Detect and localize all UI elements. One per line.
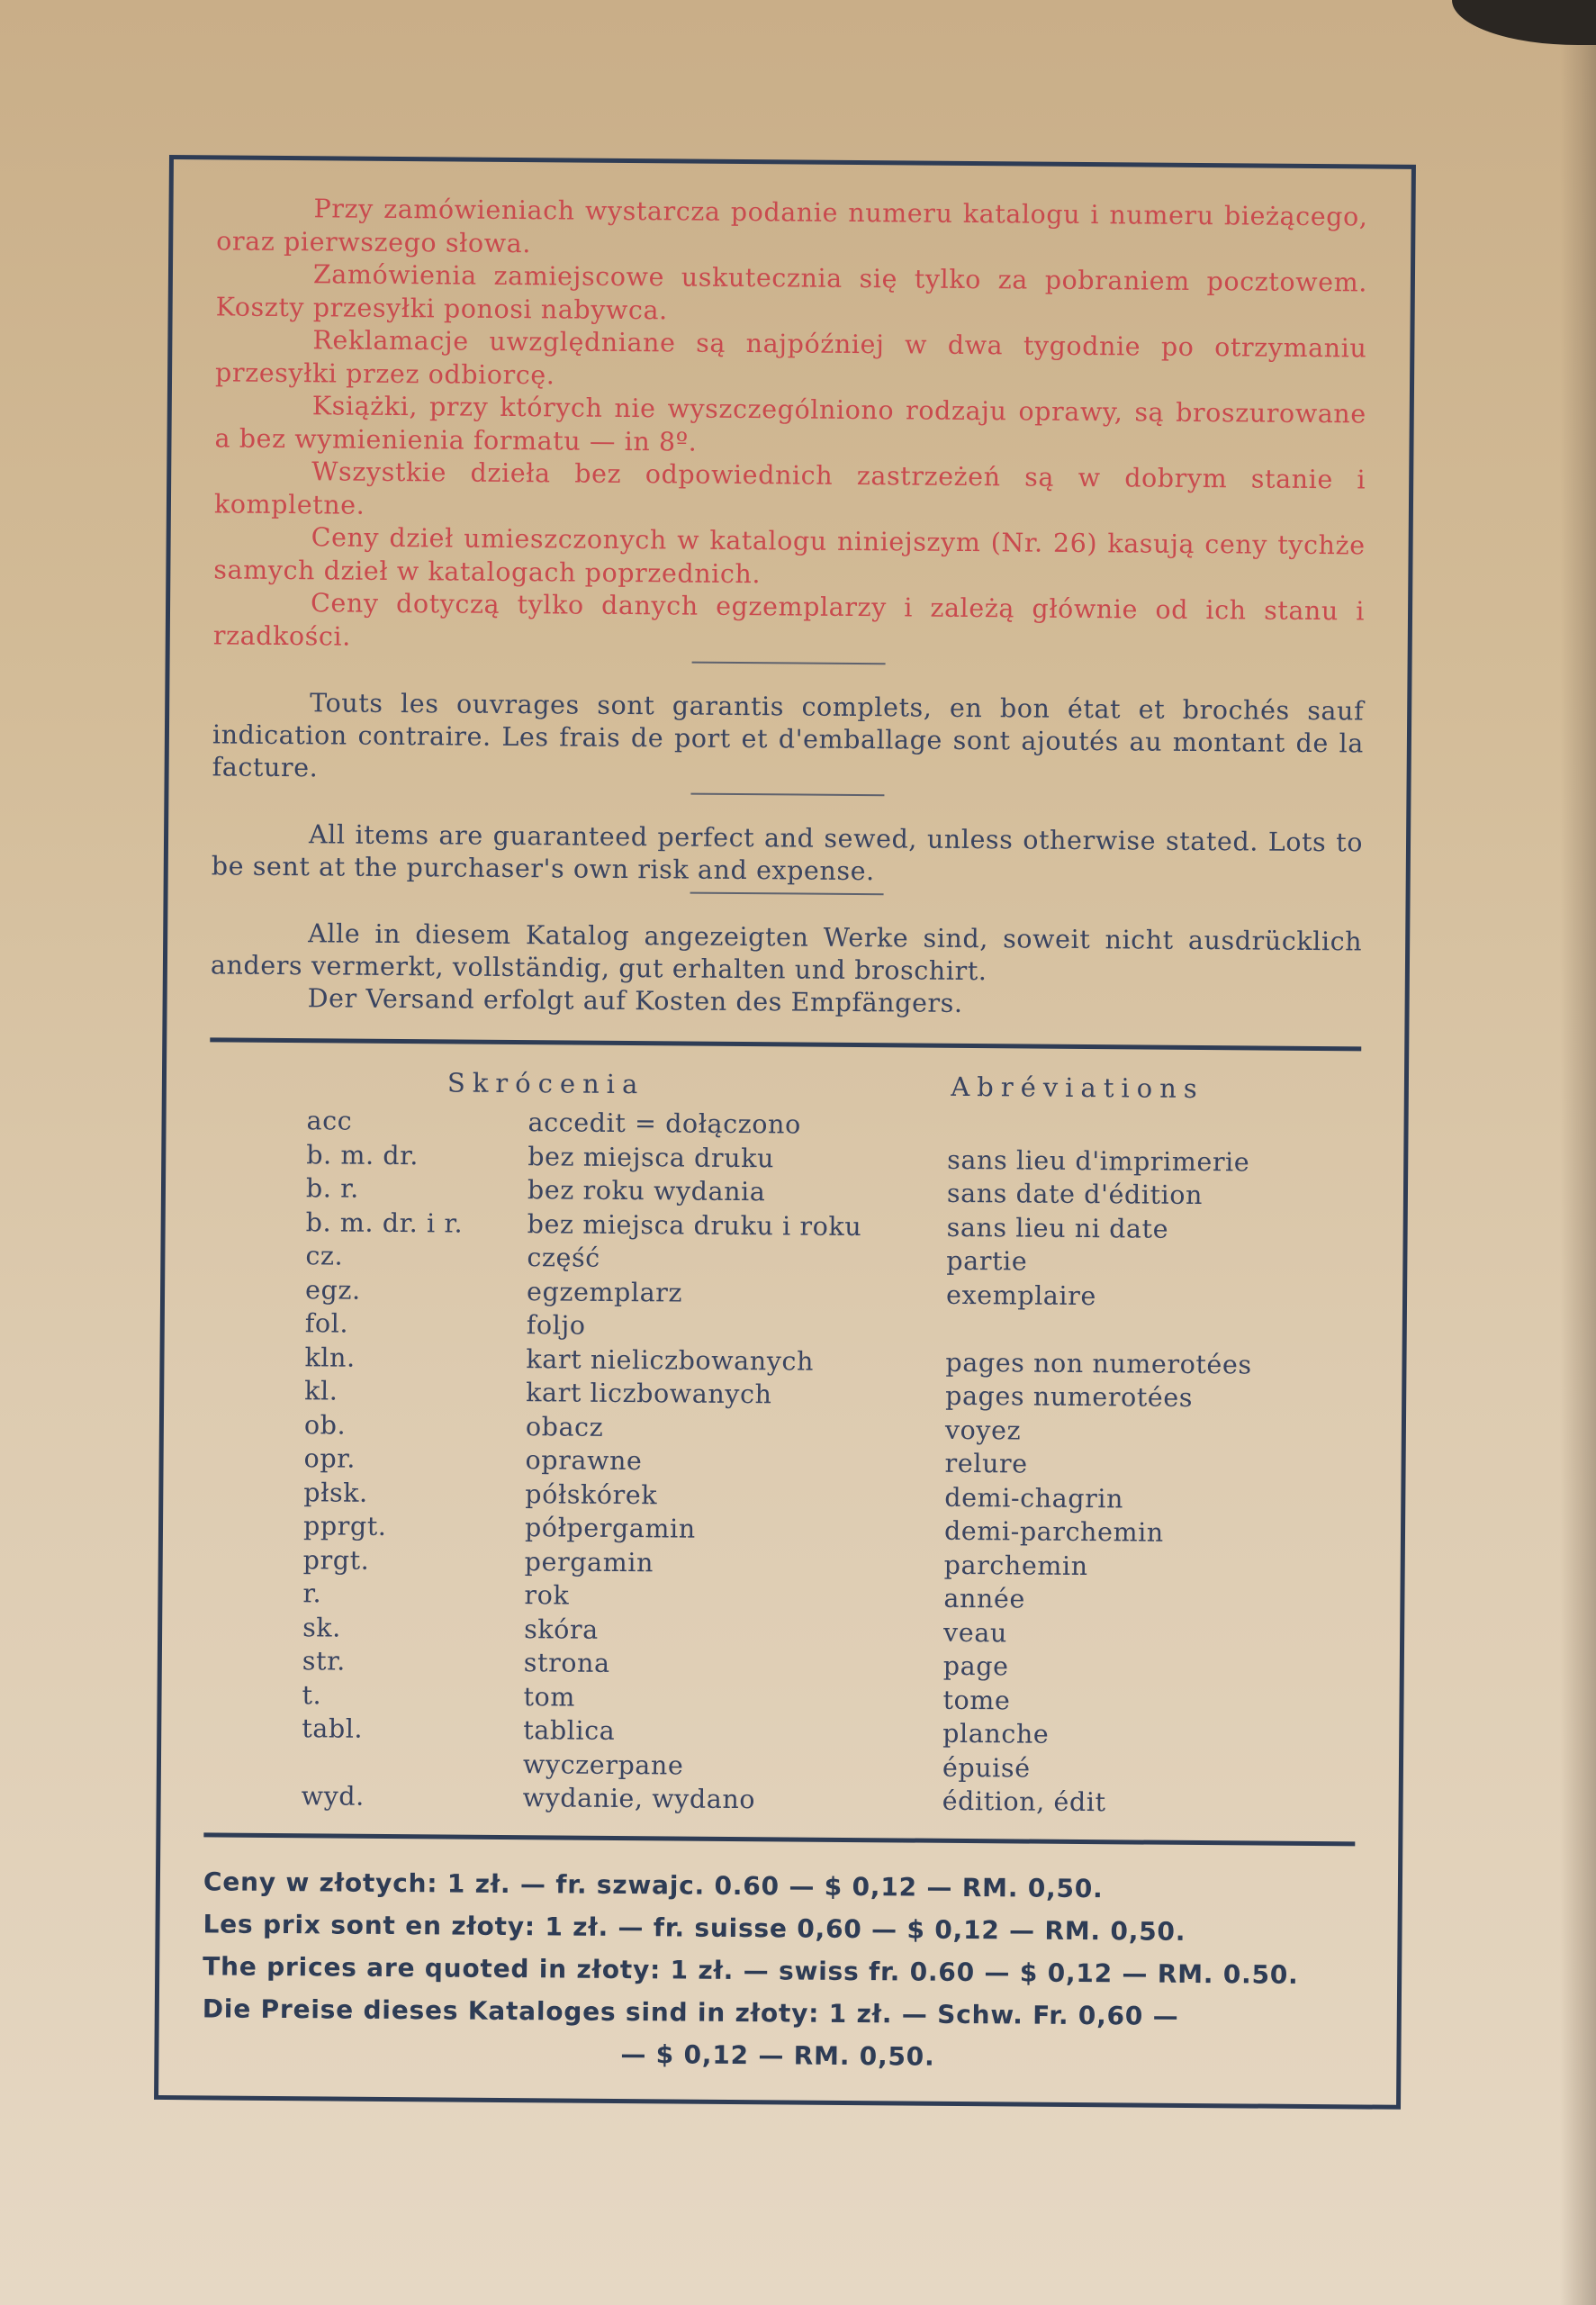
polish-meaning: obacz <box>526 1410 945 1447</box>
french-meaning: planche <box>942 1717 1356 1754</box>
polish-meaning: bez roku wydania <box>527 1173 947 1210</box>
french-terms-text: Touts les ouvrages sont garantis complet… <box>212 686 1365 792</box>
polish-meaning: accedit = dołączono <box>527 1106 947 1143</box>
polish-meaning: półpergamin <box>525 1511 944 1548</box>
polish-meaning: tom <box>523 1680 942 1717</box>
polish-term-complaints: Reklamacje uwzględniane są najpóźniej w … <box>215 323 1367 398</box>
polish-meaning: część <box>527 1241 946 1278</box>
frame-content: Przy zamówieniach wystarcza podanie nume… <box>202 192 1367 2080</box>
polish-meaning: skóra <box>524 1613 943 1650</box>
abbreviation: opr. <box>303 1442 525 1477</box>
abbreviation: t. <box>302 1678 523 1713</box>
polish-term-price-rarity: Ceny dotyczą tylko danych egzemplarzy i … <box>213 586 1366 661</box>
polish-meaning: wyczerpane <box>523 1748 942 1785</box>
polish-meaning: półskórek <box>525 1478 944 1514</box>
abbreviation-row: wyd.wydanie, wydanoédition, édit <box>302 1779 1356 1821</box>
polish-meaning: kart liczbowanych <box>526 1376 945 1413</box>
heavy-divider <box>210 1037 1361 1051</box>
page-frame: Przy zamówieniach wystarcza podanie nume… <box>154 155 1416 2110</box>
polish-terms-section: Przy zamówieniach wystarcza podanie nume… <box>213 192 1368 661</box>
abbreviation: acc <box>306 1104 527 1139</box>
abbreviation: pprgt. <box>303 1509 525 1544</box>
page-edge-shadow <box>1560 0 1596 2305</box>
french-meaning: veau <box>943 1615 1357 1652</box>
abbreviation: kln. <box>304 1341 526 1376</box>
book-cover-corner <box>1452 0 1596 45</box>
french-meaning: épuisé <box>942 1750 1356 1787</box>
section-divider <box>690 892 884 896</box>
abbreviation: wyd. <box>302 1779 523 1814</box>
polish-meaning: strona <box>524 1646 943 1683</box>
abbreviations-header: Skrócenia Abréviations <box>210 1065 1361 1105</box>
french-meaning: relure <box>944 1447 1357 1484</box>
abbreviation: r. <box>302 1577 524 1612</box>
abbreviation: prgt. <box>303 1543 525 1578</box>
french-meaning <box>947 1109 1360 1146</box>
polish-meaning: wydanie, wydano <box>523 1781 942 1818</box>
abbreviation: płsk. <box>303 1476 525 1511</box>
polish-term-ordering: Przy zamówieniach wystarcza podanie nume… <box>216 192 1368 267</box>
price-line-german: Die Preise dieses Kataloges sind in złot… <box>203 1987 1354 2038</box>
abbreviation: kl. <box>304 1374 526 1409</box>
polish-meaning: rok <box>524 1578 943 1615</box>
price-line-german-continued: — $ 0,12 — RM. 0,50. <box>202 2029 1353 2081</box>
french-meaning: année <box>943 1582 1357 1619</box>
abbreviation: sk. <box>302 1611 524 1646</box>
french-meaning: page <box>943 1650 1357 1686</box>
french-meaning: sans lieu d'imprimerie <box>947 1143 1360 1180</box>
polish-meaning: foljo <box>527 1308 946 1345</box>
prices-section: Ceny w złotych: 1 zł. — fr. szwajc. 0.60… <box>202 1860 1355 2081</box>
polish-meaning: tablica <box>523 1713 942 1750</box>
french-meaning: exemplaire <box>946 1278 1359 1315</box>
french-meaning: édition, édit <box>942 1785 1356 1821</box>
abbreviation: ob. <box>304 1408 526 1443</box>
abbreviation: b. r. <box>306 1171 527 1207</box>
heavy-divider <box>203 1832 1355 1846</box>
polish-meaning: bez miejsca druku i roku <box>527 1207 947 1244</box>
header-abreviations: Abréviations <box>951 1071 1204 1104</box>
french-terms-section: Touts les ouvrages sont garantis complet… <box>212 686 1365 792</box>
section-divider <box>690 793 884 797</box>
abbreviations-table: accaccedit = dołączonob. m. dr.bez miejs… <box>302 1104 1361 1821</box>
french-meaning: voyez <box>945 1413 1358 1450</box>
polish-meaning: egzemplarz <box>527 1275 946 1312</box>
polish-term-condition: Wszystkie dzieła bez odpowiednich zastrz… <box>214 455 1366 529</box>
french-meaning: tome <box>942 1683 1356 1720</box>
polish-meaning: pergamin <box>525 1545 944 1582</box>
english-terms-text: All items are guaranteed perfect and sew… <box>212 818 1364 891</box>
abbreviation <box>302 1746 523 1781</box>
polish-term-shipping: Zamówienia zamiejscowe uskutecznia się t… <box>216 258 1368 332</box>
french-meaning: sans lieu ni date <box>947 1210 1360 1247</box>
polish-meaning: bez miejsca druku <box>527 1140 947 1177</box>
french-meaning: pages numerotées <box>945 1379 1358 1416</box>
abbreviation: cz. <box>305 1239 527 1274</box>
abbreviation: egz. <box>305 1273 527 1308</box>
abbreviation: tabl. <box>302 1712 523 1747</box>
german-terms-section: Alle in diesem Katalog angezeigten Werke… <box>211 917 1363 1023</box>
abbreviation: fol. <box>305 1306 527 1342</box>
german-terms-text: Alle in diesem Katalog angezeigten Werke… <box>211 917 1363 990</box>
french-meaning: demi-chagrin <box>944 1480 1357 1517</box>
french-meaning: sans date d'édition <box>947 1177 1360 1214</box>
french-meaning: parchemin <box>944 1548 1357 1585</box>
english-terms-section: All items are guaranteed perfect and sew… <box>212 818 1364 891</box>
abbreviation: b. m. dr. i r. <box>306 1206 527 1241</box>
french-meaning: pages non numerotées <box>945 1345 1358 1382</box>
section-divider <box>692 662 886 665</box>
french-meaning <box>946 1312 1359 1349</box>
french-meaning: partie <box>946 1244 1359 1281</box>
header-skrocenia: Skrócenia <box>447 1067 645 1099</box>
polish-meaning: oprawne <box>525 1443 944 1480</box>
polish-term-catalog-prices: Ceny dzieł umieszczonych w katalogu nini… <box>213 520 1366 595</box>
abbreviation: str. <box>302 1644 524 1679</box>
french-meaning: demi-parchemin <box>944 1514 1357 1551</box>
abbreviation: b. m. dr. <box>306 1138 527 1173</box>
polish-term-binding: Książki, przy których nie wyszczególnion… <box>214 389 1366 464</box>
polish-meaning: kart nieliczbowanych <box>526 1342 945 1379</box>
